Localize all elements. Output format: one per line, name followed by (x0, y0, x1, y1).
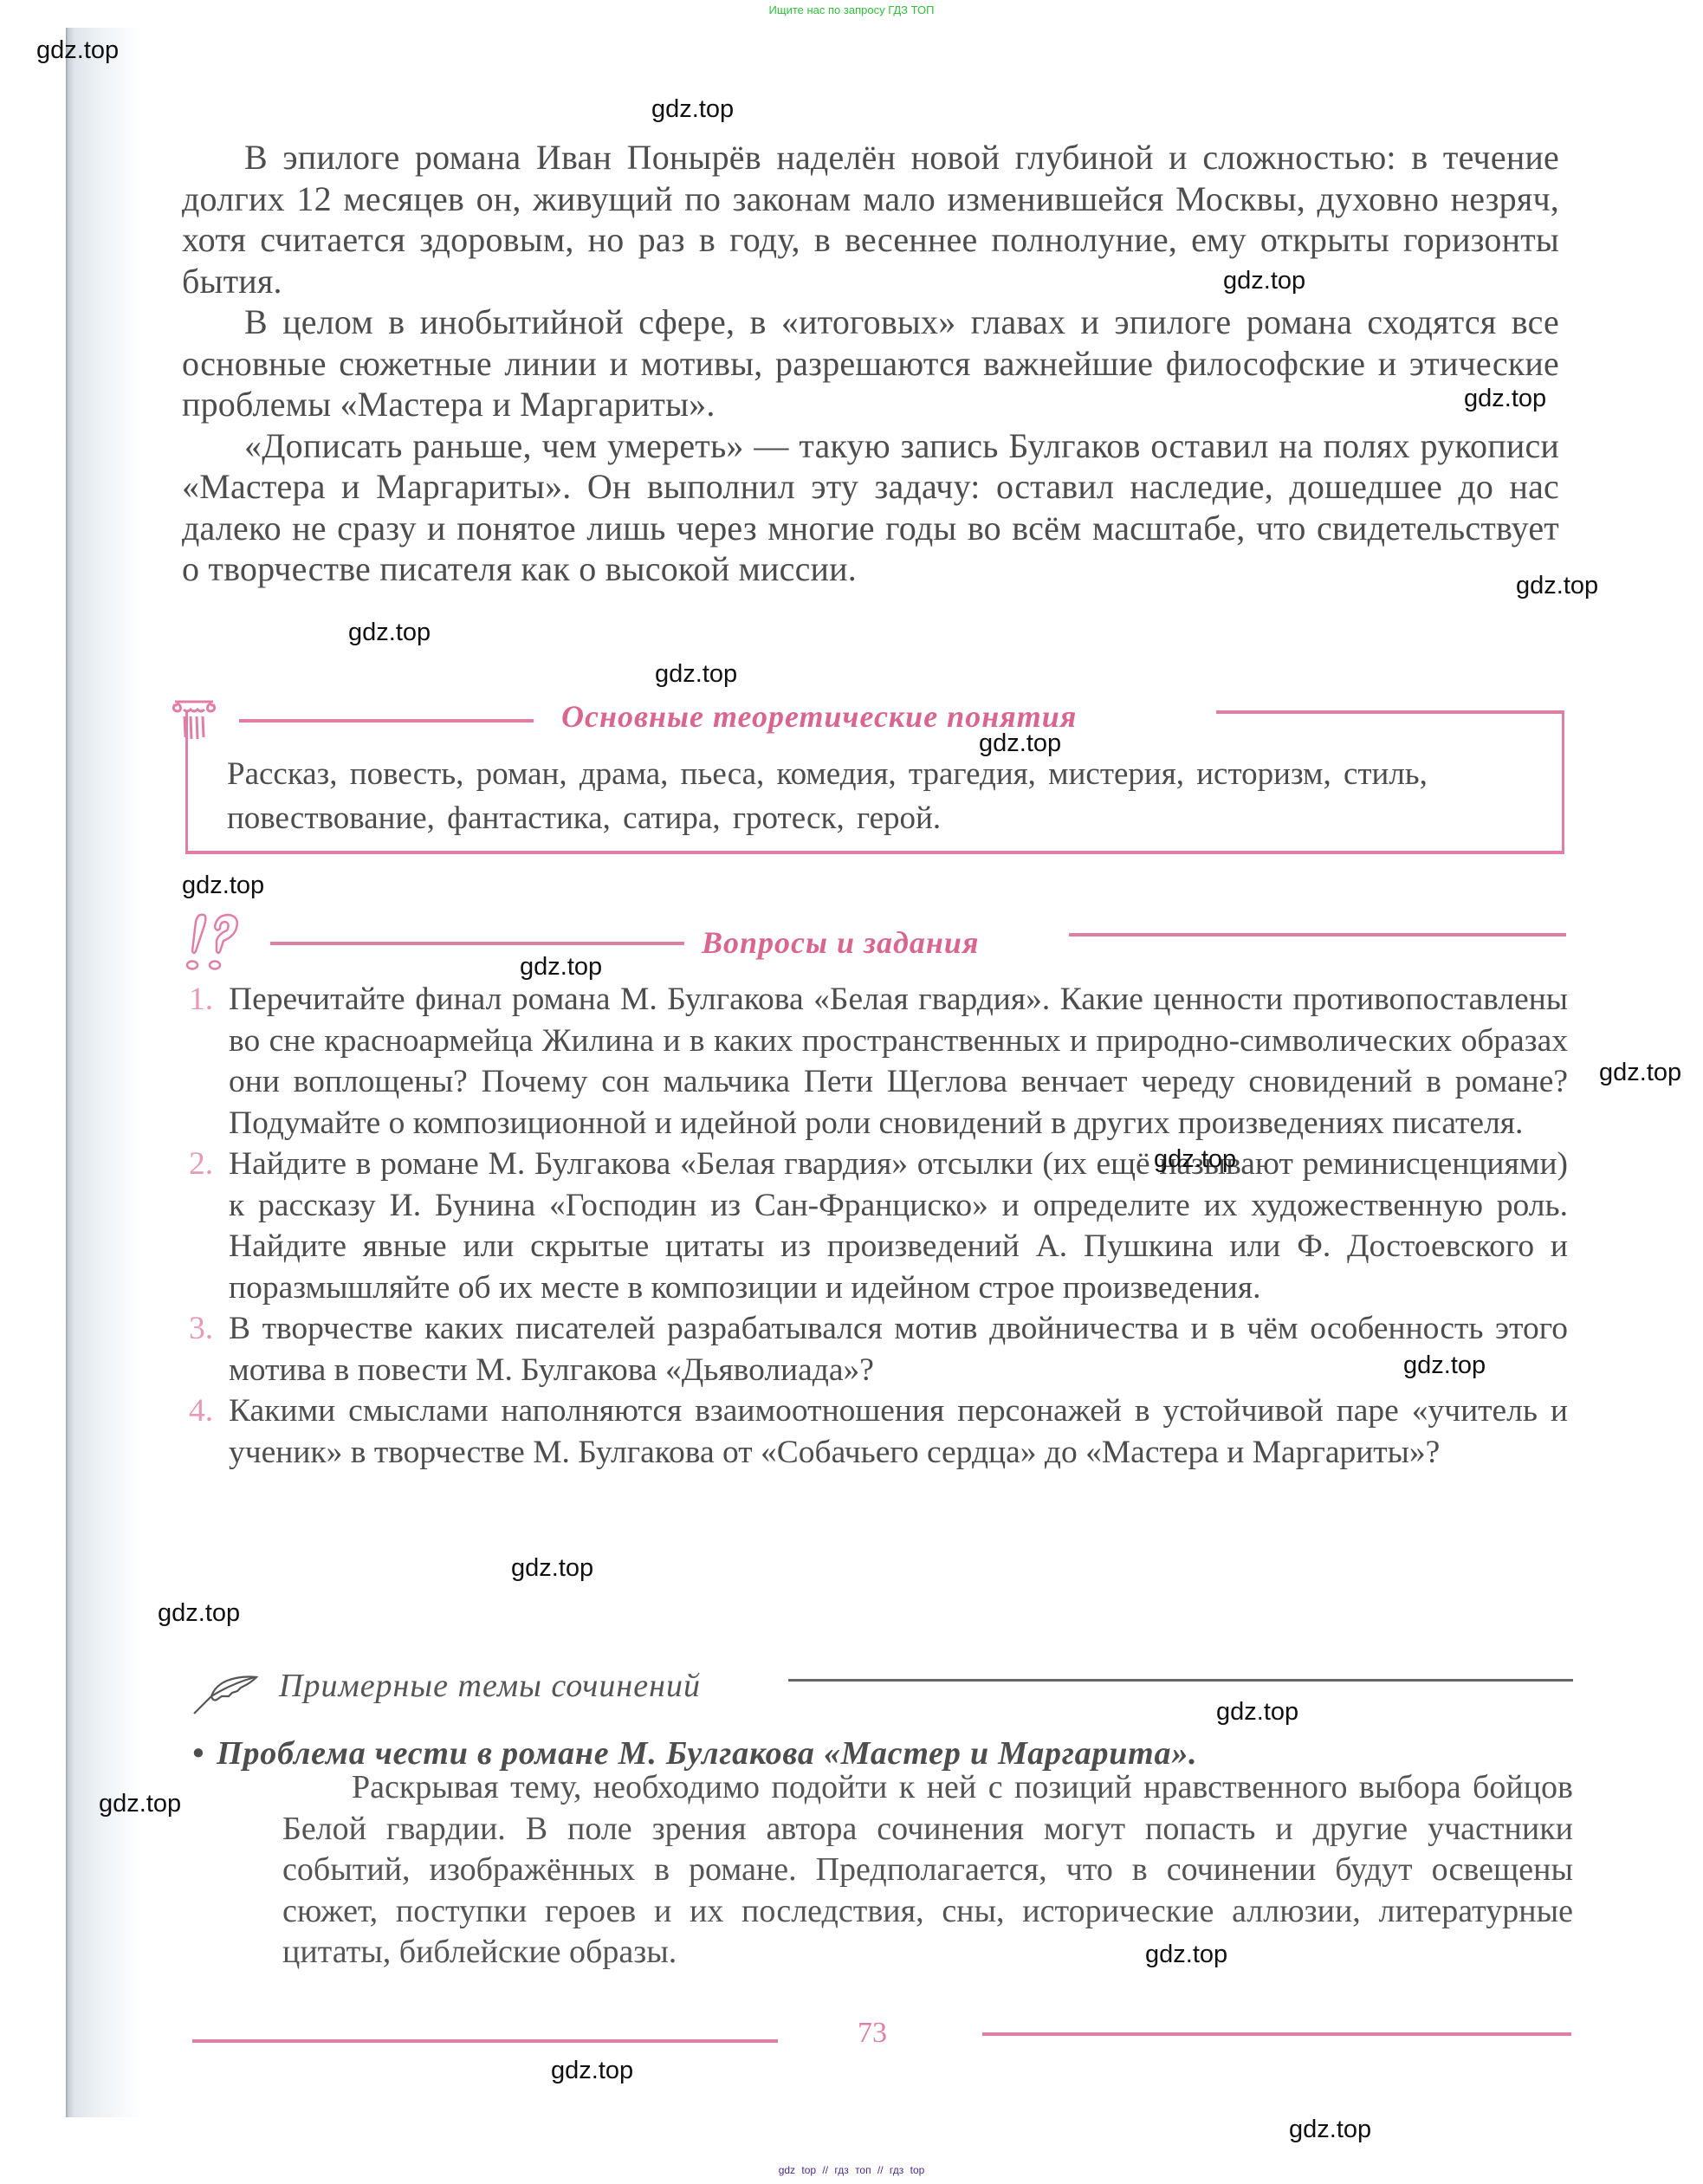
watermark: gdz.top (511, 1554, 593, 1583)
footer-line-right (982, 2032, 1571, 2036)
question-item: 4. Какими смыслами наполняются взаимоотн… (182, 1390, 1568, 1473)
essay-topic-description: Раскрывая тему, необходимо подойти к ней… (282, 1767, 1573, 1973)
watermark: gdz.top (348, 619, 431, 647)
question-item: 1. Перечитайте финал романа М. Булгакова… (182, 979, 1568, 1144)
watermark: gdz.top (36, 36, 119, 65)
bottom-banner: gdz top // гдз топ // гдз top (0, 2164, 1703, 2176)
question-number: 2. (189, 1144, 213, 1185)
watermark: gdz.top (520, 953, 602, 982)
question-text: Какими смыслами наполняются взаимоотноше… (229, 1393, 1568, 1470)
question-text: Перечитайте финал романа М. Булгакова «Б… (229, 982, 1568, 1141)
essay-topic-description-text: Раскрывая тему, необходимо подойти к ней… (189, 1767, 1573, 1973)
watermark: gdz.top (1464, 385, 1546, 413)
watermark: gdz.top (1154, 1145, 1236, 1174)
watermark: gdz.top (1516, 572, 1598, 600)
concepts-text: Рассказ, повесть, роман, драма, пьеса, к… (227, 752, 1526, 840)
watermark: gdz.top (1223, 267, 1305, 295)
divider-line (270, 942, 684, 945)
watermark: gdz.top (1216, 1698, 1298, 1727)
top-banner: Ищите нас по запросу ГДЗ ТОП (0, 3, 1703, 16)
divider-line (788, 1679, 1573, 1682)
question-number: 4. (189, 1390, 213, 1432)
body-text: В эпилоге романа Иван Понырёв наделён но… (182, 137, 1559, 590)
watermark: gdz.top (1145, 1941, 1227, 1969)
paragraph-mission: «Дописать раньше, чем умереть» — такую з… (182, 425, 1559, 590)
essay-topic-title-text: Проблема чести в романе М. Булгакова «Ма… (217, 1735, 1197, 1772)
paragraph-epilogue: В эпилоге романа Иван Понырёв наделён но… (182, 137, 1559, 301)
question-text: Найдите в романе М. Булгакова «Белая гва… (229, 1146, 1568, 1306)
page-number: 73 (858, 2017, 887, 2050)
watermark: gdz.top (1289, 2116, 1371, 2144)
question-text: В творчестве каких писателей разрабатыва… (229, 1311, 1568, 1388)
question-number: 1. (189, 979, 213, 1021)
watermark: gdz.top (979, 729, 1061, 758)
questions-list: 1. Перечитайте финал романа М. Булгакова… (182, 979, 1568, 1473)
questions-title: Вопросы и задания (702, 924, 979, 961)
watermark: gdz.top (1599, 1059, 1681, 1087)
bullet: • (192, 1735, 204, 1772)
divider-line (1069, 933, 1566, 936)
essays-title: Примерные темы сочинений (279, 1667, 701, 1705)
question-number: 3. (189, 1308, 213, 1350)
question-item: 2. Найдите в романе М. Булгакова «Белая … (182, 1144, 1568, 1308)
watermark: gdz.top (551, 2057, 633, 2085)
watermark: gdz.top (182, 872, 264, 900)
watermark: gdz.top (651, 95, 734, 124)
watermark: gdz.top (99, 1790, 181, 1818)
paragraph-summary: В целом в инобытийной сфере, в «итоговых… (182, 301, 1559, 425)
footer-line-left (192, 2039, 778, 2043)
question-item: 3. В творчестве каких писателей разрабат… (182, 1308, 1568, 1390)
quill-icon (189, 1667, 262, 1715)
watermark: gdz.top (655, 660, 737, 689)
watermark: gdz.top (158, 1599, 240, 1628)
exclamation-question-icon (184, 911, 253, 972)
watermark: gdz.top (1403, 1351, 1486, 1380)
